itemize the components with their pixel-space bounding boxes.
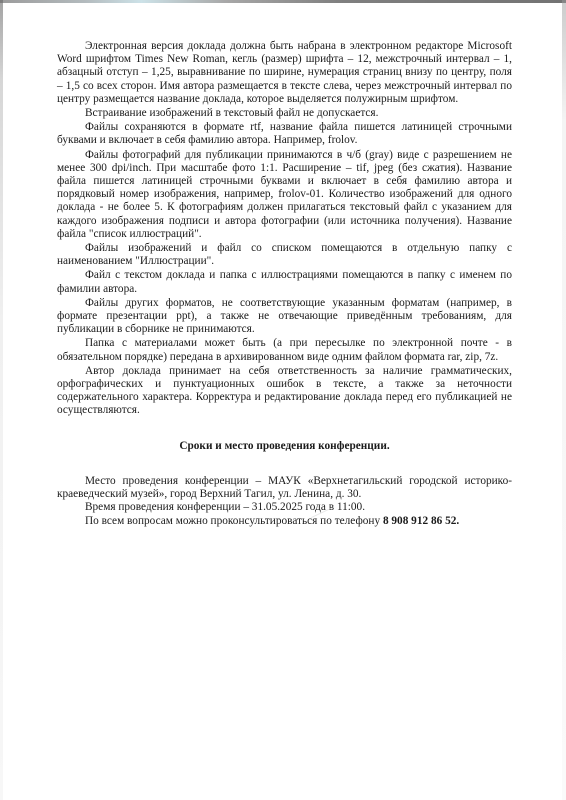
paragraph-rtf-format: Файлы сохраняются в формате rtf, названи…	[57, 121, 512, 147]
document-page: Электронная версия доклада должна быть н…	[57, 40, 512, 528]
paragraph-archive: Папка с материалами может быть (а при пе…	[57, 337, 512, 363]
paragraph-time: Время проведения конференции – 31.05.202…	[57, 501, 512, 514]
scan-edge-right	[562, 0, 566, 800]
paragraph-photo-requirements: Файлы фотографий для публикации принимаю…	[57, 149, 512, 241]
section-heading: Сроки и место проведения конференции.	[57, 440, 512, 453]
paragraph-no-embedded-images: Встраивание изображений в текстовый файл…	[57, 107, 512, 120]
scan-edge-left	[0, 0, 3, 800]
contact-text: По всем вопросам можно проконсультироват…	[85, 515, 383, 527]
paragraph-venue: Место проведения конференции – МАУК «Вер…	[57, 475, 512, 501]
paragraph-author-responsibility: Автор доклада принимает на себя ответств…	[57, 365, 512, 418]
contact-phone: 8 908 912 86 52.	[383, 515, 459, 527]
paragraph-contact: По всем вопросам можно проконсультироват…	[57, 515, 512, 528]
paragraph-illustrations-folder: Файлы изображений и файл со списком поме…	[57, 242, 512, 268]
paragraph-author-folder: Файл с текстом доклада и папка с иллюстр…	[57, 269, 512, 295]
paragraph-other-formats: Файлы других форматов, не соответствующи…	[57, 297, 512, 337]
paragraph-format-requirements: Электронная версия доклада должна быть н…	[57, 40, 512, 106]
scan-edge-top	[0, 0, 566, 3]
